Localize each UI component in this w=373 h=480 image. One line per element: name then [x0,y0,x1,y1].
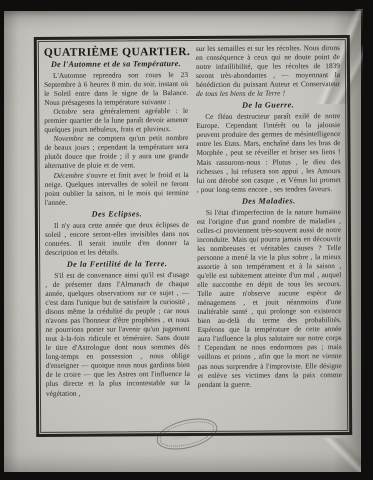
paper-fold-bottom-right [319,438,361,472]
printed-frame-inner-rule: QUATRIÈME QUARTIER. De l'Automne et de s… [38,39,348,433]
month-lead-november: Novembre [53,134,83,143]
paragraph-harvest-continuation: sur les semailles et sur les récoltes. N… [196,43,340,98]
printed-frame: QUATRIÈME QUARTIER. De l'Automne et de s… [34,35,352,437]
month-lead-december: Décembre [54,170,84,179]
paragraph-fertility: S'il est de convenance ainsi qu'il est d… [45,270,190,398]
harvest-text-italic: de tous les biens de la Terre ! [196,89,285,99]
scanned-almanac-page: { "page": { "title": "QUATRIÈME QUARTIER… [0,0,373,480]
paragraph-war: Ce fléau destructeur paraît exilé de not… [196,111,340,193]
paragraph-eclipses: Il n'y aura cette année que deux éclipse… [45,220,189,257]
paragraph-october: Octobre sera généralement agréable : le … [44,106,188,134]
paragraph-diseases: Si l'état d'imperfection de la nature hu… [197,207,342,389]
page-title: QUATRIÈME QUARTIER. [44,46,188,59]
heading-fertility: De la Fertilité de la Terre. [45,259,189,269]
harvest-text: sur les semailles et sur les récoltes. N… [196,43,340,89]
heading-war: De la Guerre. [196,100,340,110]
month-lead-october: Octobre [53,107,77,116]
heading-diseases: Des Maladies. [197,196,341,206]
left-column: QUATRIÈME QUARTIER. De l'Automne et de s… [44,44,190,430]
paper-sheet: QUATRIÈME QUARTIER. De l'Automne et de s… [4,11,361,472]
right-column: sur les semailles et sur les récoltes. N… [196,43,342,429]
two-column-layout: QUATRIÈME QUARTIER. De l'Automne et de s… [44,43,342,430]
paragraph-december: Décembre s'ouvre et finit avec le froid … [45,170,189,207]
heading-autumn: De l'Automne et de sa Température. [44,59,188,69]
heading-eclipses: Des Eclipses. [45,209,189,219]
paragraph-autumn-intro: L'Automne reprendra son cours le 23 Sept… [44,70,188,107]
paragraph-november: Novembre ne comptera qu'un petit nombre … [44,133,188,170]
